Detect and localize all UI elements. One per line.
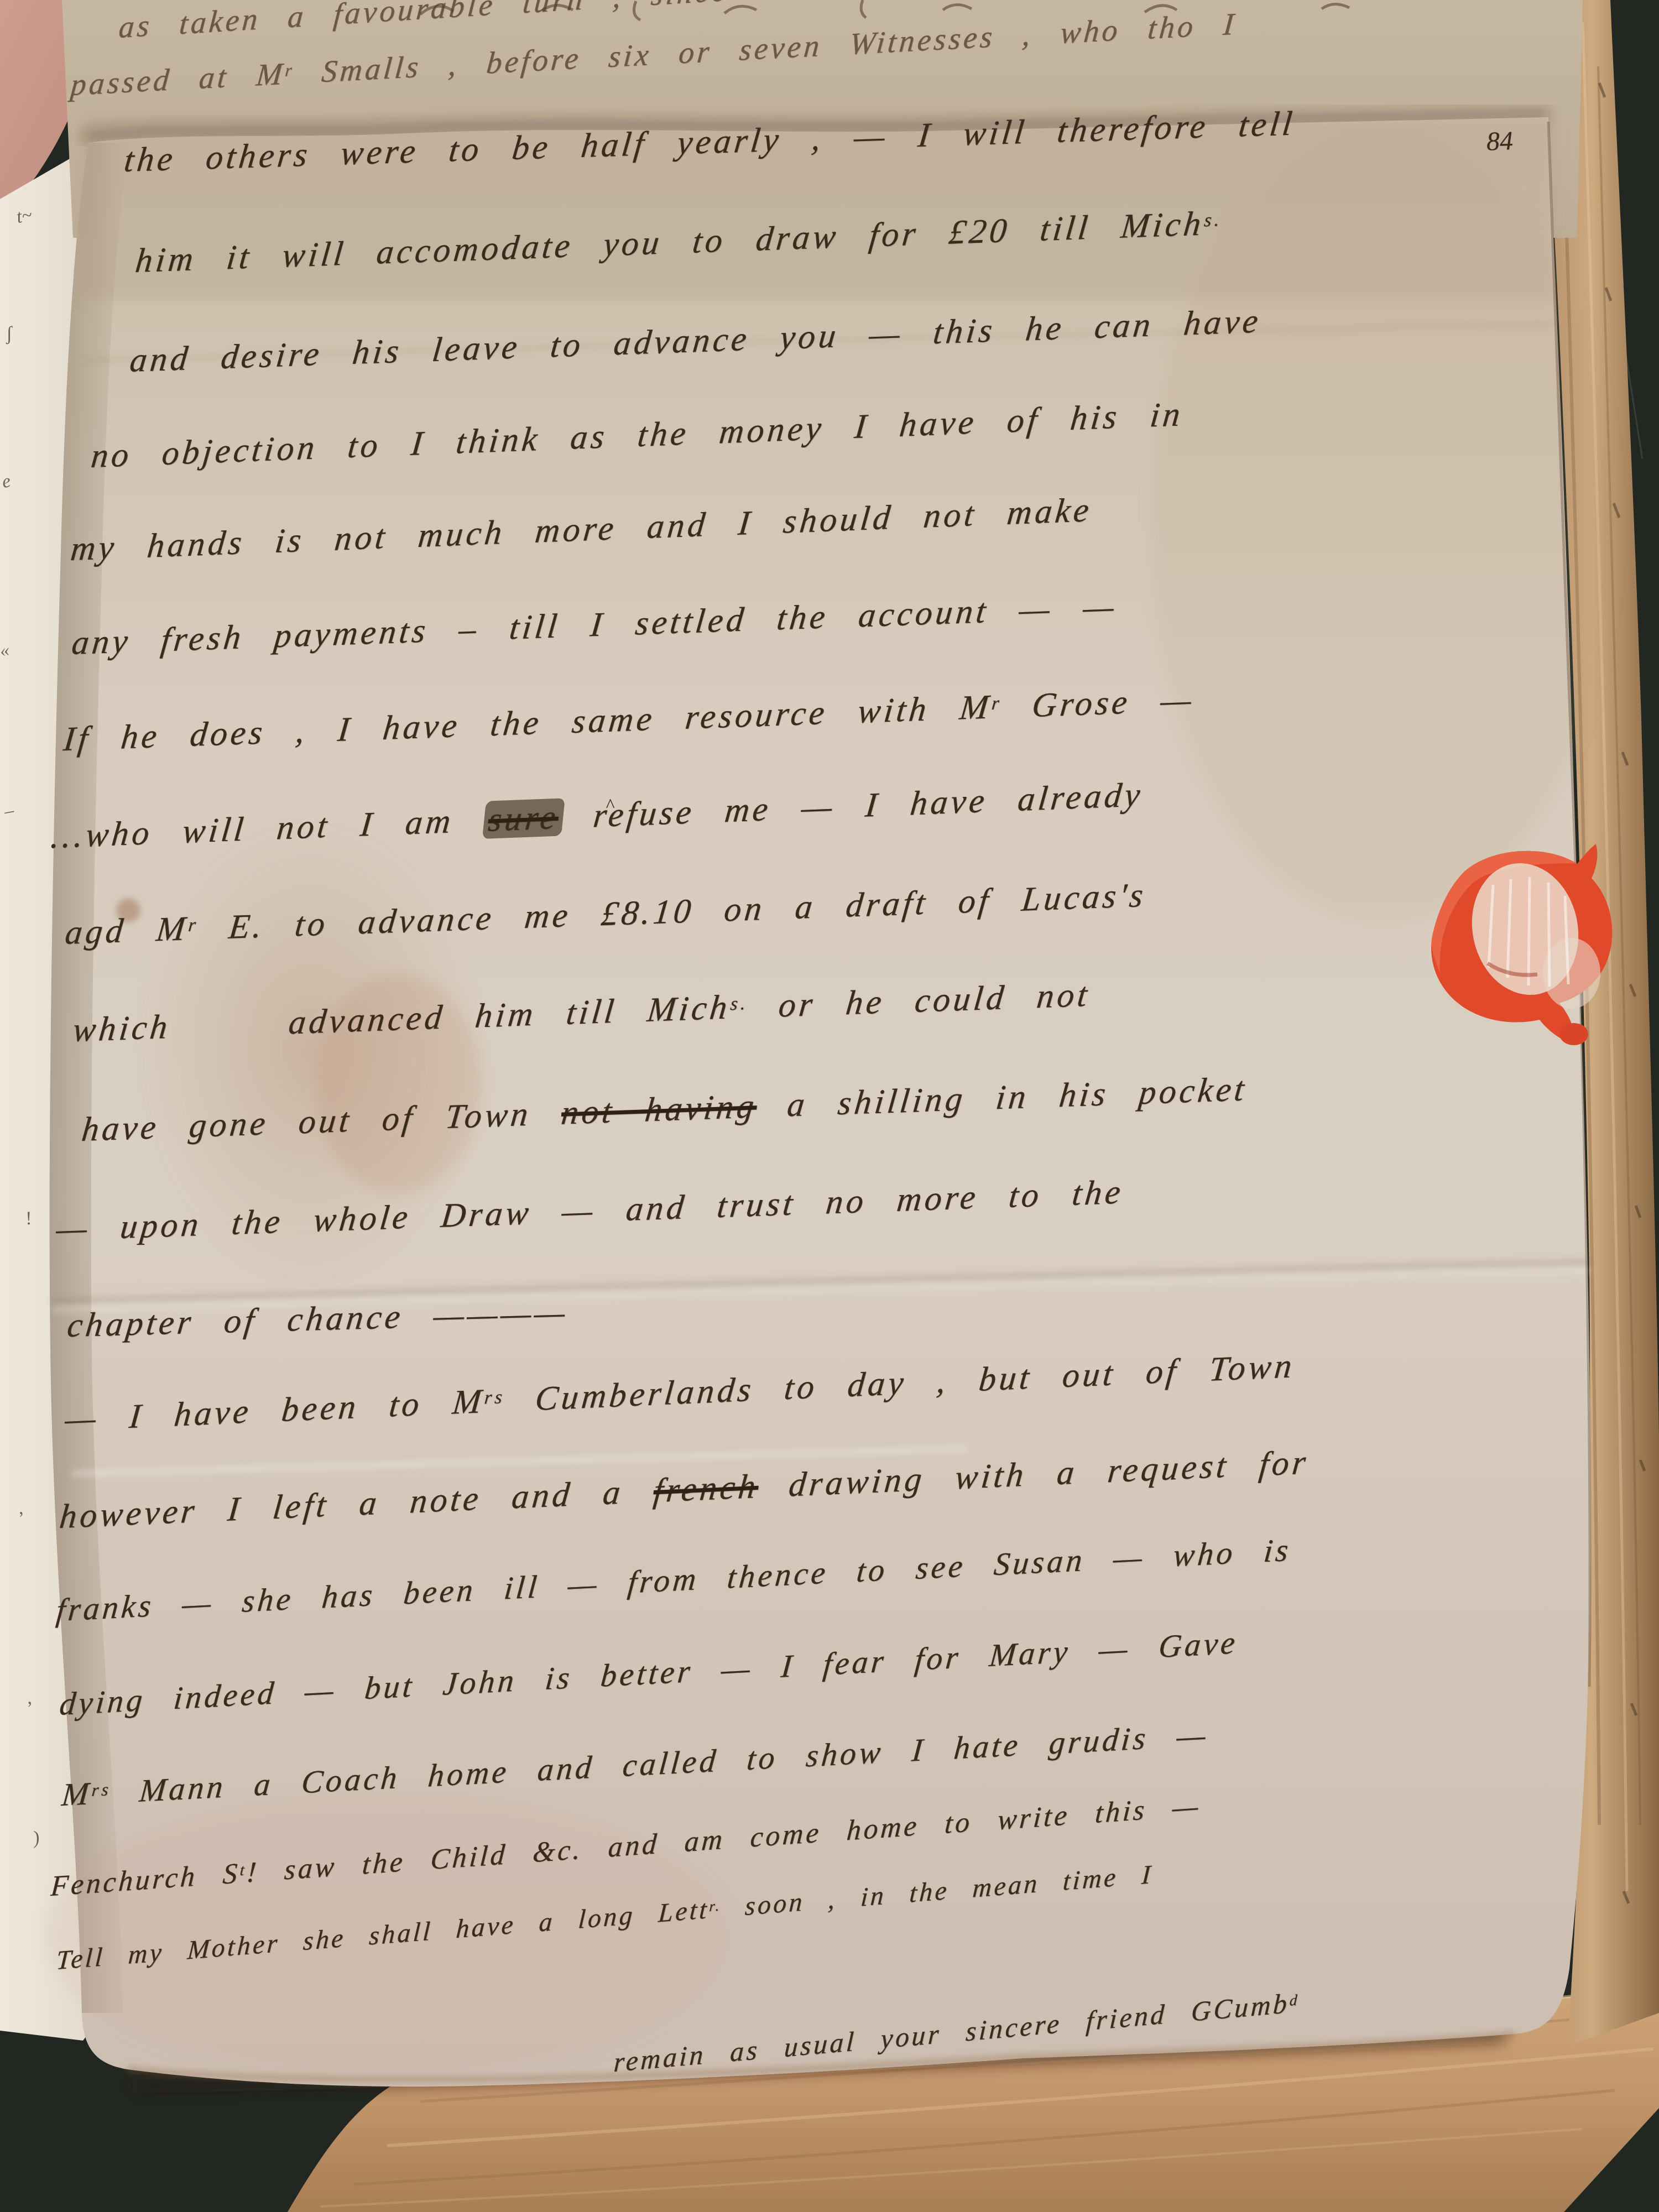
- line-segment: him it will accomodate you to draw for £…: [133, 205, 1206, 280]
- line-segment: the others were to be half yearly , — I …: [122, 105, 1297, 179]
- manuscript-line: any fresh payments – till I settled the …: [70, 587, 1119, 663]
- line-segment: Fenchurch S: [50, 1858, 241, 1902]
- manuscript-line: no objection to I think as the money I h…: [89, 395, 1185, 476]
- line-segment: Smith only alledges what: [792, 0, 1250, 4]
- handwriting-layer: 84 ^ as taken a favourable turn , since …: [0, 0, 1659, 2212]
- line-segment: s.: [1203, 210, 1224, 231]
- manuscript-line: Mrs Mann a Coach home and called to show…: [60, 1716, 1210, 1813]
- line-segment: rs: [483, 1387, 506, 1408]
- line-segment: chapter of chance ————: [65, 1293, 570, 1344]
- manuscript-line: him it will accomodate you to draw for £…: [133, 204, 1224, 281]
- manuscript-line: dying indeed — but John is better — I fe…: [58, 1624, 1239, 1723]
- stray-ink-mark: ’: [16, 1508, 26, 1530]
- line-segment: Tell my Mother she shall have a long Let…: [55, 1895, 709, 1975]
- stray-ink-mark: !: [24, 1208, 34, 1229]
- struck-word: sure: [482, 798, 565, 839]
- line-segment: d: [1289, 1991, 1300, 2009]
- stray-ink-mark: ,: [25, 1688, 33, 1709]
- stray-ink-mark: –: [3, 800, 15, 822]
- line-segment: Cumberlands to day , but out of Town: [503, 1347, 1297, 1420]
- line-segment: franks — she has been ill — from thence …: [55, 1532, 1293, 1629]
- line-segment: — I have been to M: [64, 1383, 486, 1438]
- line-segment: — upon the whole Draw — and trust no mor…: [54, 1173, 1125, 1248]
- manuscript-line: which advanced him till Michs. or he cou…: [71, 975, 1092, 1051]
- line-segment: Mann a Coach home and called to show I h…: [109, 1717, 1210, 1810]
- stray-ink-mark: t~: [15, 205, 34, 228]
- manuscript-line: — upon the whole Draw — and trust no mor…: [54, 1172, 1125, 1249]
- line-segment: soon , in the mean time I: [721, 1860, 1154, 1923]
- line-segment: remain as usual your sincere friend GCum…: [613, 1987, 1291, 2078]
- line-segment: ...who will not I am: [49, 801, 486, 855]
- line-segment: my hands is not much more and I should n…: [69, 491, 1094, 568]
- stray-ink-mark: «: [0, 640, 11, 662]
- page-number: 84: [1486, 126, 1514, 157]
- line-segment: drawing with a request for: [757, 1443, 1310, 1505]
- line-segment: and desire his leave to advance you — th…: [128, 302, 1262, 379]
- line-segment: Grose —: [1000, 681, 1196, 725]
- manuscript-line: remain as usual your sincere friend GCum…: [613, 1986, 1300, 2078]
- line-segment: passed at M: [69, 57, 286, 103]
- manuscript-line: the others were to be half yearly , — I …: [122, 104, 1297, 180]
- line-segment: any fresh payments – till I settled the …: [70, 588, 1119, 662]
- line-segment: r.: [709, 1897, 722, 1914]
- line-segment: refuse me — I have already: [561, 776, 1145, 836]
- manuscript-line: have gone out of Town not having a shill…: [80, 1070, 1249, 1150]
- manuscript-line: my hands is not much more and I should n…: [69, 491, 1094, 569]
- line-segment: agd M: [63, 910, 190, 952]
- line-segment: have gone out of Town: [80, 1094, 564, 1149]
- manuscript-line: franks — she has been ill — from thence …: [55, 1531, 1293, 1629]
- stray-ink-mark: ʃ: [5, 323, 14, 345]
- line-segment: no objection to I think as the money I h…: [90, 395, 1185, 475]
- line-segment: which advanced him till Mich: [71, 988, 732, 1049]
- line-segment: rs: [91, 1780, 112, 1800]
- line-segment: s.: [729, 993, 750, 1014]
- line-segment: M: [60, 1775, 93, 1813]
- line-segment: a shilling in his pocket: [755, 1070, 1249, 1125]
- line-segment: dying indeed — but John is better — I fe…: [58, 1624, 1239, 1722]
- line-segment: however I left a note and a: [58, 1472, 656, 1536]
- manuscript-line: chapter of chance ————: [65, 1293, 570, 1345]
- struck-word: french: [652, 1468, 760, 1510]
- stray-ink-mark: ): [32, 1827, 41, 1849]
- manuscript-line: agd Mr E. to advance me £8.10 on a draft…: [63, 876, 1148, 953]
- manuscript-line: ...who will not I am sure refuse me — I …: [49, 775, 1145, 857]
- manuscript-line: however I left a note and a french drawi…: [58, 1443, 1311, 1537]
- stray-ink-mark: e: [1, 471, 12, 493]
- line-segment: E. to advance me £8.10 on a draft of Luc…: [196, 877, 1148, 947]
- manuscript-photo: 84 ^ as taken a favourable turn , since …: [0, 0, 1659, 2212]
- struck-word: not having: [560, 1087, 759, 1132]
- manuscript-line: If he does , I have the same resource wi…: [61, 680, 1196, 759]
- manuscript-line: — I have been to Mrs Cumberlands to day …: [64, 1347, 1297, 1439]
- line-segment: If he does , I have the same resource wi…: [61, 688, 993, 758]
- line-segment: or he could not: [747, 976, 1092, 1026]
- manuscript-line: and desire his leave to advance you — th…: [128, 301, 1263, 380]
